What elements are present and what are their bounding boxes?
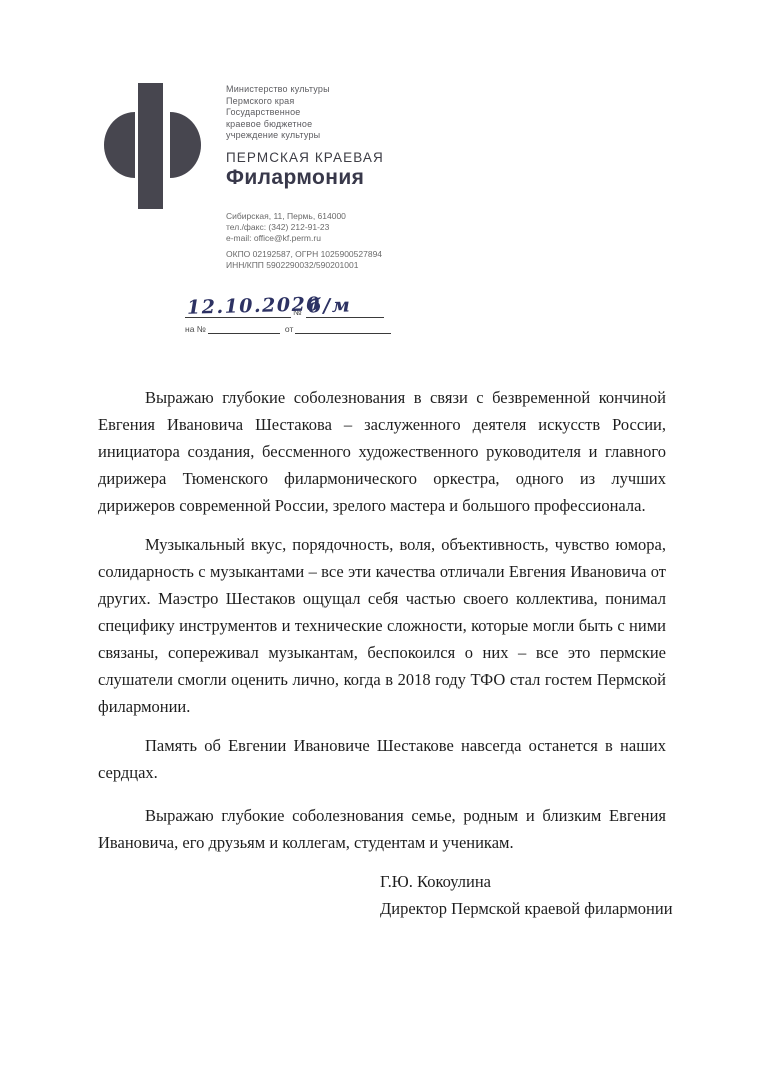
logo-right-halfcircle [170,112,201,178]
paragraph: Музыкальный вкус, порядочность, воля, об… [98,531,666,720]
number-underline: б/м [306,295,384,318]
phone-line: тел./факс: (342) 212-91-23 [226,222,506,233]
handwritten-number: б/м [305,294,351,317]
reply-prefix-label: на № [185,324,206,334]
signer-name: Г.Ю. Кокоулина [380,868,673,895]
org-name-brand: Филармония [226,166,486,190]
inn-kpp-line: ИНН/КПП 5902290032/590201001 [226,260,506,271]
email-line: e-mail: office@kf.perm.ru [226,233,506,244]
signer-title: Директор Пермской краевой филармонии [380,895,673,922]
letterhead-org-block: Министерство культуры Пермского края Гос… [226,84,486,190]
org-line: краевое бюджетное [226,119,486,131]
logo-vertical-bar [138,83,163,209]
registry-block: ОКПО 02192587, ОГРН 1025900527894 ИНН/КП… [226,249,506,271]
handwritten-date: 12.10.2020 [185,293,322,319]
reply-from-label: от [285,324,293,334]
perm-philharmonic-f-logo [104,83,206,209]
okpo-ogrn-line: ОКПО 02192587, ОГРН 1025900527894 [226,249,506,260]
paragraph: Выражаю глубокие соболезнования в связи … [98,384,666,519]
date-number-line: 12.10.2020 № б/м [185,286,445,318]
date-underline: 12.10.2020 [185,295,291,318]
contact-block: Сибирская, 11, Пермь, 614000 тел./факс: … [226,211,506,244]
signature-block: Г.Ю. Кокоулина Директор Пермской краевой… [380,868,673,922]
address-line: Сибирская, 11, Пермь, 614000 [226,211,506,222]
letter-body: Выражаю глубокие соболезнования в связи … [98,384,666,868]
org-line: Государственное [226,107,486,119]
letter-page: Министерство культуры Пермского края Гос… [0,0,763,1080]
reply-number-underline [208,333,280,334]
logo-left-halfcircle [104,112,135,178]
org-name-caps: ПЕРМСКАЯ КРАЕВАЯ [226,150,486,165]
org-line: Министерство культуры [226,84,486,96]
paragraph: Память об Евгении Ивановиче Шестакове на… [98,732,666,786]
org-line: учреждение культуры [226,130,486,142]
reply-date-underline [295,333,391,334]
org-line: Пермского края [226,96,486,108]
paragraph: Выражаю глубокие соболезнования семье, р… [98,802,666,856]
reply-reference-line: на № от [185,324,445,334]
reference-block: 12.10.2020 № б/м на № от [185,286,445,334]
